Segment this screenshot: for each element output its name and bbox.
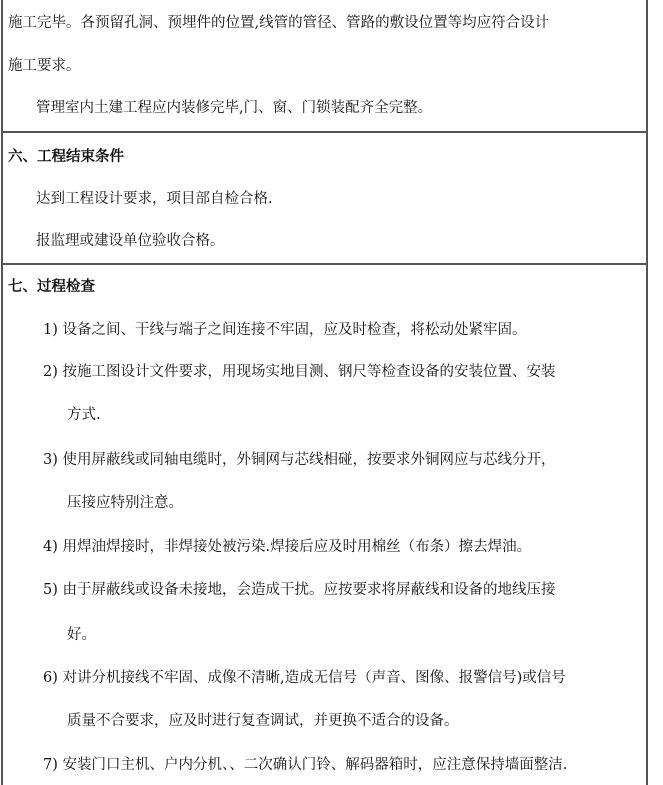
- list-item-continuation: 好。: [67, 625, 96, 645]
- section-heading: 六、工程结束条件: [8, 147, 124, 167]
- section-process-inspection: 七、过程检查 1) 设备之间、干线与端子之间连接不牢固，应及时检查，将松动处紧牢…: [3, 265, 646, 785]
- paragraph-line: 施工完毕。各预留孔洞、预埋件的位置,线管的管径、管路的敷设位置等均应符合设计: [8, 13, 549, 33]
- list-item: 3) 使用屏蔽线或同轴电缆时，外铜网与芯线相碰，按要求外铜网应与芯线分开，: [43, 450, 556, 470]
- list-item: 2) 按施工图设计文件要求，用现场实地目测、钢尺等检查设备的安装位置、安装: [43, 362, 556, 382]
- list-item: 1) 设备之间、干线与端子之间连接不牢固，应及时检查，将松动处紧牢固。: [43, 320, 527, 340]
- paragraph-line: 报监理或建设单位验收合格。: [36, 231, 225, 251]
- list-item: 5) 由于屏蔽线或设备未接地，会造成干扰。应按要求将屏蔽线和设备的地线压接: [43, 580, 556, 600]
- section-completion-conditions: 六、工程结束条件 达到工程设计要求，项目部自检合格. 报监理或建设单位验收合格。: [3, 133, 646, 265]
- paragraph-line: 施工要求。: [8, 56, 81, 76]
- paragraph-line: 达到工程设计要求，项目部自检合格.: [36, 189, 273, 209]
- list-item: 4) 用焊油焊接时，非焊接处被污染.焊接后应及时用棉丝（布条）擦去焊油。: [43, 537, 531, 557]
- list-item: 6) 对讲分机接线不牢固、成像不清晰,造成无信号（声音、图像、报警信号)或信号: [43, 668, 566, 688]
- list-item-continuation: 压接应特别注意。: [67, 493, 183, 513]
- list-item-continuation: 质量不合要求，应及时进行复查调试，并更换不适合的设备。: [67, 711, 459, 731]
- list-item: 7) 安装门口主机、户内分机、、二次确认门铃、解码器箱时，应注意保持墙面整洁.: [43, 755, 567, 775]
- section-heading: 七、过程检查: [8, 277, 95, 297]
- paragraph-line: 管理室内土建工程应内装修完毕,门、窗、门锁装配齐全完整。: [36, 98, 432, 118]
- document-table: 施工完毕。各预留孔洞、预埋件的位置,线管的管径、管路的敷设位置等均应符合设计 施…: [1, 0, 648, 785]
- list-item-continuation: 方式.: [67, 405, 101, 425]
- section-preconditions: 施工完毕。各预留孔洞、预埋件的位置,线管的管径、管路的敷设位置等均应符合设计 施…: [3, 0, 646, 133]
